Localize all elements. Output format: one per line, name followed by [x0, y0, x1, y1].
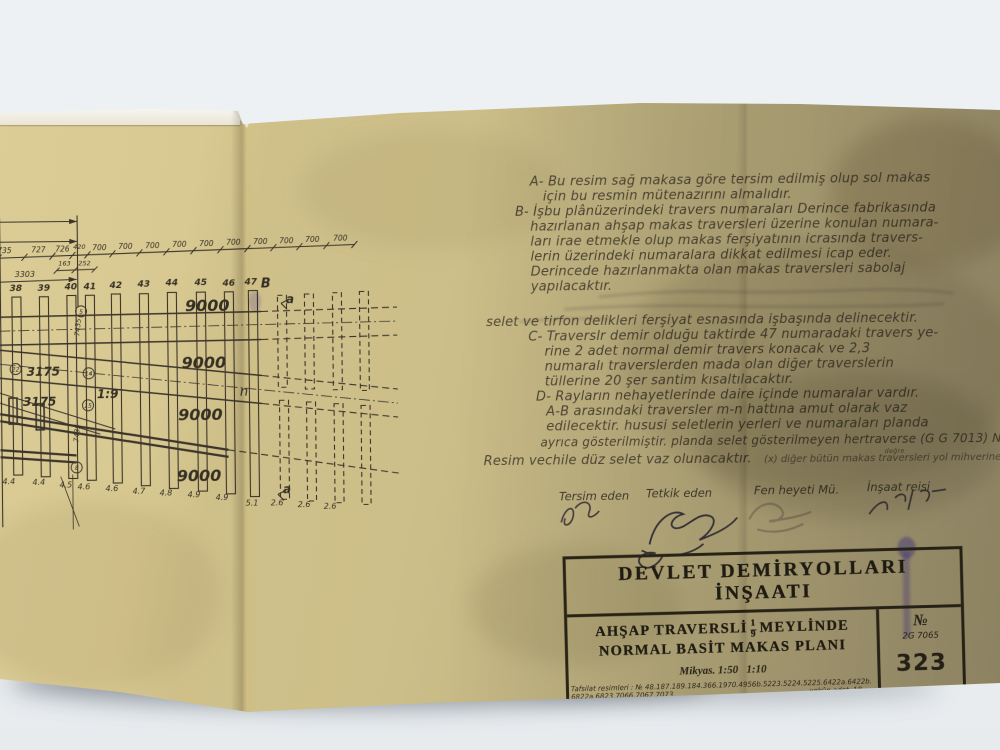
dim-label: 700	[118, 242, 133, 251]
dim-label: 700	[279, 236, 294, 245]
offset-number: 4.9	[216, 493, 229, 502]
sleeper-number: 45	[193, 278, 207, 288]
dim-label: 727	[31, 245, 46, 254]
number-sign: №	[879, 611, 961, 631]
title-post: MEYLİNDE	[759, 618, 849, 636]
dim-label: 700	[333, 234, 348, 243]
span-dim-9000: 9000	[178, 405, 223, 424]
overall-dim-label: 3303	[15, 270, 35, 279]
sleeper-number: 42	[108, 281, 122, 291]
vertical-dim: 7435	[72, 424, 82, 443]
point-label-a2: a	[283, 482, 291, 496]
offset-number: 2.6	[324, 502, 337, 511]
sleeper-number: 47	[243, 278, 257, 288]
span-dim-9000: 9000	[181, 353, 226, 372]
offset-number: 4.7	[133, 487, 147, 496]
offset-number: 4.4	[32, 478, 45, 487]
sleeper-number: 41	[82, 282, 96, 292]
fraction-numerator: 1	[750, 619, 756, 629]
note-main: Resim vechile düz selet vaz olunacaktır.	[484, 451, 752, 469]
signature-label-insaat: İnşaat reisi	[867, 480, 930, 495]
offset-number: 4.9	[188, 490, 201, 499]
signature-fen-heyeti	[749, 503, 811, 532]
sleeper-number: 44	[164, 278, 178, 288]
drawing-number-cell: № 2G 7065 323	[876, 607, 963, 696]
circled-number: 5	[79, 309, 83, 316]
offset-number: 4.8	[160, 488, 173, 497]
plan-number: 323	[880, 649, 963, 677]
sleeper-number: 46	[221, 279, 235, 289]
scale-note: Mikyas. 1:50 1:10	[570, 660, 875, 680]
photo-of-railway-plan-document: 735 727 726 420 700 700 700 700 700 700 …	[0, 0, 1000, 750]
circled-number: 14	[85, 371, 93, 378]
gauge-dim-3175: 3175	[23, 395, 57, 409]
signature-label-tetkik: Tetkik eden	[646, 486, 712, 501]
dim-label: 700	[199, 239, 214, 248]
circled-number: 15	[84, 403, 92, 410]
organization-title: DEVLET DEMİRYOLLARI İNŞAATI	[566, 549, 961, 617]
sleeper-number: 40	[63, 282, 77, 292]
dim-label: 735	[0, 246, 12, 255]
fraction-denominator: 9	[751, 629, 757, 640]
gauge-dim-3175: 3175	[27, 365, 61, 379]
sub-dim-label: 163	[58, 259, 71, 267]
reference-number: 2G 7065	[880, 630, 962, 642]
dim-label: 420	[73, 243, 86, 251]
offset-number: 2.6	[271, 498, 284, 507]
dim-label: 726	[55, 244, 70, 253]
slope-label: 1:9	[97, 387, 119, 401]
plan-sheet: 735 727 726 420 700 700 700 700 700 700 …	[0, 0, 1000, 750]
sleeper-number: 39	[37, 284, 50, 294]
dim-label: 700	[172, 240, 187, 249]
offset-number: 4.6	[77, 482, 90, 491]
dim-label: 700	[226, 238, 241, 247]
point-label-a1: a	[286, 292, 294, 306]
point-label-n: n	[240, 385, 248, 400]
sleeper-number: 43	[136, 280, 150, 290]
sub-dim-label: 252	[78, 259, 91, 267]
title-block: DEVLET DEMİRYOLLARI İNŞAATI AHŞAP TRAVER…	[562, 546, 966, 707]
circled-number: 22	[12, 366, 20, 373]
offset-number: 5.1	[246, 499, 259, 508]
note-line: yapılacaktır.	[531, 280, 612, 295]
offset-number: 4.6	[105, 484, 118, 493]
span-dim-9000: 9000	[185, 296, 230, 315]
dim-label: 700	[92, 243, 107, 252]
note-footnote: (x) diğer bütün makas traversleri yol mi…	[764, 451, 1000, 465]
title-pre: AHŞAP TRAVERSLİ	[595, 620, 748, 640]
signature-tersim	[561, 502, 599, 525]
offset-number: 2.6	[298, 500, 311, 509]
sleeper-number: 38	[9, 284, 22, 294]
dim-label: 700	[145, 241, 160, 250]
sheet-content: 735 727 726 420 700 700 700 700 700 700 …	[0, 0, 1000, 750]
vertical-dim: 7435	[73, 318, 83, 337]
offset-number: 4.5	[59, 480, 72, 489]
span-dim-9000: 9000	[177, 466, 222, 485]
note-superscript: değre	[884, 444, 904, 458]
point-label-b: B	[261, 276, 271, 291]
dim-label: 700	[305, 235, 320, 244]
signature-label-tersim: Tersim eden	[559, 489, 629, 504]
dim-label: 700	[253, 237, 268, 246]
slope-fraction: 19	[750, 619, 756, 639]
offset-number: 4.4	[2, 477, 15, 486]
signature-label-fen-heyeti: Fen heyeti Mü.	[754, 482, 839, 497]
circled-number: 8	[75, 465, 79, 472]
